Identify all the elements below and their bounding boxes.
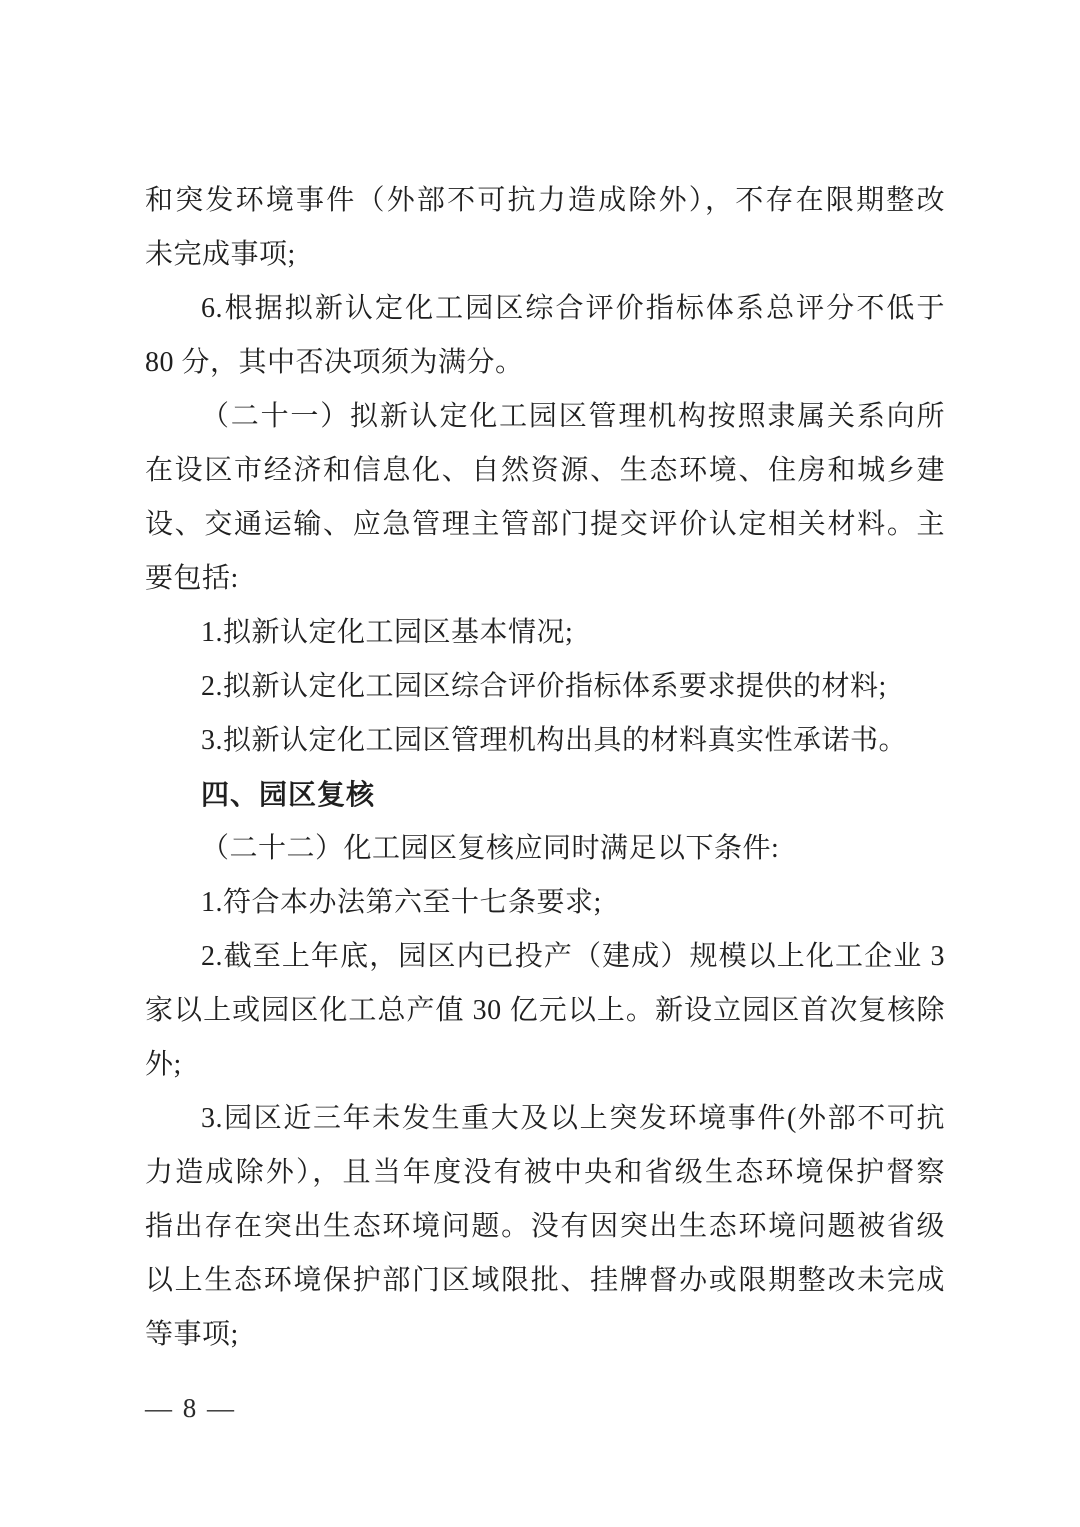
text-line: 要包括: — [145, 552, 945, 606]
text-line: 3.拟新认定化工园区管理机构出具的材料真实性承诺书。 — [145, 714, 945, 768]
document-page: 和突发环境事件（外部不可抗力造成除外），不存在限期整改未完成事项;6.根据拟新认… — [0, 0, 1080, 1527]
text-line: 3.园区近三年未发生重大及以上突发环境事件(外部不可抗 — [145, 1092, 945, 1146]
text-line: 2.拟新认定化工园区综合评价指标体系要求提供的材料; — [145, 660, 945, 714]
text-line: （二十二）化工园区复核应同时满足以下条件: — [145, 822, 945, 876]
section-heading: 四、园区复核 — [145, 768, 945, 822]
text-line: 6.根据拟新认定化工园区综合评价指标体系总评分不低于 — [145, 282, 945, 336]
page-footer: — 8 — — [145, 1392, 236, 1424]
text-line: 80 分，其中否决项须为满分。 — [145, 336, 945, 390]
text-line: （二十一）拟新认定化工园区管理机构按照隶属关系向所 — [145, 390, 945, 444]
text-line: 指出存在突出生态环境问题。没有因突出生态环境问题被省级 — [145, 1200, 945, 1254]
text-line: 家以上或园区化工总产值 30 亿元以上。新设立园区首次复核除 — [145, 984, 945, 1038]
text-line: 1.拟新认定化工园区基本情况; — [145, 606, 945, 660]
text-line: 外; — [145, 1038, 945, 1092]
text-line: 设、交通运输、应急管理主管部门提交评价认定相关材料。主 — [145, 498, 945, 552]
text-line: 未完成事项; — [145, 228, 945, 282]
text-line: 在设区市经济和信息化、自然资源、生态环境、住房和城乡建 — [145, 444, 945, 498]
text-line: 力造成除外），且当年度没有被中央和省级生态环境保护督察 — [145, 1146, 945, 1200]
page-number: — 8 — — [145, 1393, 236, 1423]
text-line: 和突发环境事件（外部不可抗力造成除外），不存在限期整改 — [145, 174, 945, 228]
text-line: 以上生态环境保护部门区域限批、挂牌督办或限期整改未完成 — [145, 1254, 945, 1308]
text-line: 2.截至上年底，园区内已投产（建成）规模以上化工企业 3 — [145, 930, 945, 984]
document-body: 和突发环境事件（外部不可抗力造成除外），不存在限期整改未完成事项;6.根据拟新认… — [145, 174, 945, 1362]
text-line: 1.符合本办法第六至十七条要求; — [145, 876, 945, 930]
text-line: 等事项; — [145, 1308, 945, 1362]
